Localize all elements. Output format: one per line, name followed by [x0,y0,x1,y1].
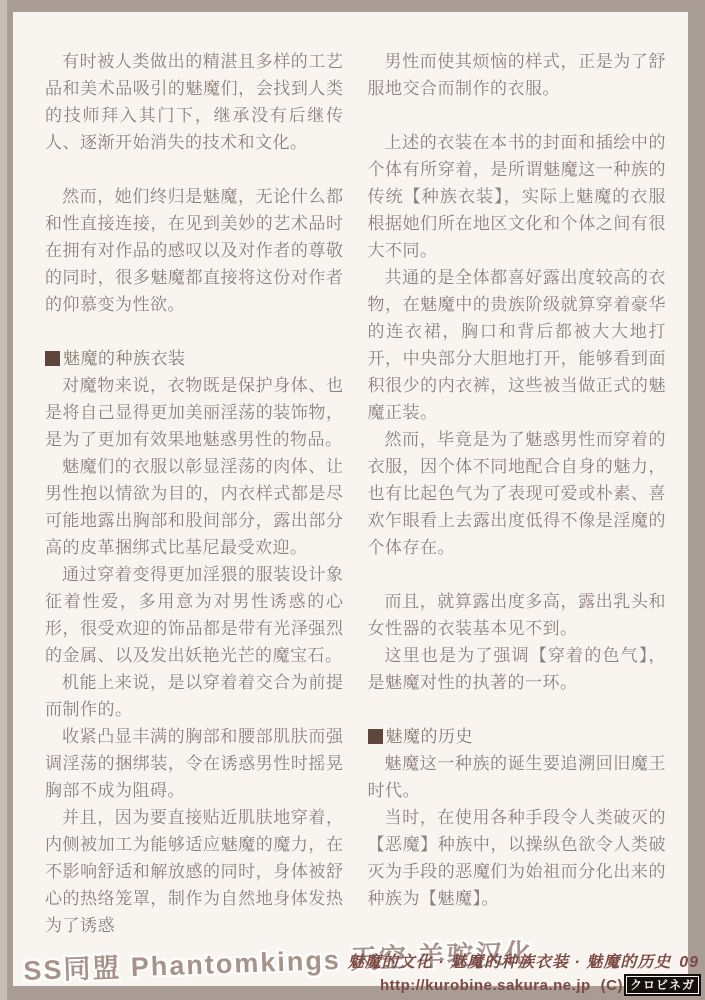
url-line: http://kurobine.sakura.ne.jp (C) クロビネガ [348,976,699,994]
scan-edge-highlight [0,0,7,1000]
paragraph: 共通的是全体都喜好露出度较高的衣物，在魅魔中的贵族阶级就算穿着豪华的连衣裙，胸口… [368,264,667,426]
chapter-titles: 魅魔的文化 · 魅魔的种族衣装 · 魅魔的历史 [348,954,671,971]
paragraph: 魅魔们的衣服以彰显淫荡的肉体、让男性抱以情欲为目的，内衣样式都是尽可能地露出胸部… [45,453,344,561]
footer-right-block: 魅魔的文化 · 魅魔的种族衣装 · 魅魔的历史09 http://kurobin… [348,949,699,994]
paragraph-spacer [368,561,667,588]
left-column: 有时被人类做出的精湛且多样的工艺品和美术品吸引的魅魔们，会找到人类的技师拜入其门… [45,48,344,939]
section-heading-label: 魅魔的种族衣装 [63,345,186,372]
right-column: 男性而使其烦恼的样式，正是为了舒服地交合而制作的衣服。 上述的衣装在本书的封面和… [368,48,667,939]
section-heading-history: 魅魔的历史 [368,723,667,750]
paragraph: 然而，毕竟是为了魅惑男性而穿着的衣服，因个体不同地配合自身的魅力，也有比起色气为… [368,426,667,561]
paragraph-spacer [45,318,344,345]
paragraph: 然而，她们终归是魅魔，无论什么都和性直接连接，在见到美妙的艺术品时在拥有对作品的… [45,183,344,318]
publisher-logo-badge: クロビネガ [626,976,699,994]
page-content-area: 有时被人类做出的精湛且多样的工艺品和美术品吸引的魅魔们，会找到人类的技师拜入其门… [13,12,688,986]
paragraph: 当时，在使用各种手段令人类破灭的【恶魔】种族中，以操纵色欲令人类破灭为手段的恶魔… [368,804,667,912]
page-number: 09 [679,954,699,971]
paragraph: 而且，就算露出度多高，露出乳头和女性器的衣装基本见不到。 [368,588,667,642]
section-heading-label: 魅魔的历史 [386,723,474,750]
paragraph-spacer [45,156,344,183]
paragraph: 收紧凸显丰满的胸部和腰部肌肤而强调淫荡的捆绑装，令在诱惑男性时摇晃胸部不成为阻碍… [45,723,344,804]
paragraph: 对魔物来说，衣物既是保护身体、也是将自己显得更加美丽淫荡的装饰物，是为了更加有效… [45,372,344,453]
paragraph: 有时被人类做出的精湛且多样的工艺品和美术品吸引的魅魔们，会找到人类的技师拜入其门… [45,48,344,156]
paragraph: 魅魔这一种族的诞生要追溯回旧魔王时代。 [368,750,667,804]
two-column-text-layout: 有时被人类做出的精湛且多样的工艺品和美术品吸引的魅魔们，会找到人类的技师拜入其门… [13,12,688,939]
section-square-icon [368,729,383,744]
paragraph: 这里也是为了强调【穿着的色气】，是魅魔对性的执著的一环。 [368,642,667,696]
paragraph-spacer [368,102,667,129]
paragraph: 机能上来说，是以穿着着交合为前提而制作的。 [45,669,344,723]
chapter-titles-line: 魅魔的文化 · 魅魔的种族衣装 · 魅魔的历史09 [348,949,699,972]
section-square-icon [45,351,60,366]
paragraph: 通过穿着变得更加淫猥的服装设计象征着性爱，多用意为对男性诱惑的心形，很受欢迎的饰… [45,561,344,669]
paragraph-spacer [368,696,667,723]
copyright-mark: (C) [601,977,623,994]
section-heading-clothing: 魅魔的种族衣装 [45,345,344,372]
paragraph: 上述的衣装在本书的封面和插绘中的个体有所穿着，是所谓魅魔这一种族的传统【种族衣装… [368,129,667,264]
paragraph: 男性而使其烦恼的样式，正是为了舒服地交合而制作的衣服。 [368,48,667,102]
site-url: http://kurobine.sakura.ne.jp [380,977,591,994]
scanned-page-canvas: 有时被人类做出的精湛且多样的工艺品和美术品吸引的魅魔们，会找到人类的技师拜入其门… [0,0,705,1000]
paragraph: 并且，因为要直接贴近肌肤地穿着，内侧被加工为能够适应魅魔的魔力，在不影响舒适和解… [45,804,344,939]
